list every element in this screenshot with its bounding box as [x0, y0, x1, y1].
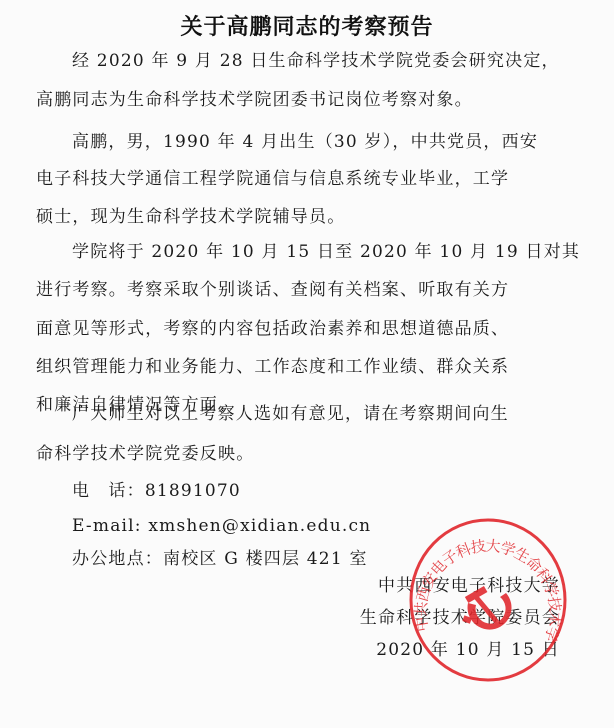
paragraph-1-line-2: 高鹏同志为生命科学技术学院团委书记岗位考察对象。	[36, 89, 473, 111]
paragraph-3-line-4: 组织管理能力和业务能力、工作态度和工作业绩、群众关系	[36, 356, 509, 378]
hammer-sickle-icon	[462, 586, 511, 630]
seal-icon: 中共西安电子科技大学生命科学技术学院委员会	[408, 517, 568, 683]
phone-number: 81891070	[145, 481, 241, 501]
contact-phone: 电 话：81891070	[72, 480, 241, 502]
contact-email: E-mail: xmshen@xidian.edu.cn	[72, 515, 371, 537]
document-title: 关于高鹏同志的考察预告	[0, 10, 614, 41]
paragraph-2-line-3: 硕士，现为生命科学技术学院辅导员。	[36, 206, 345, 228]
paragraph-3-line-1: 学院将于 2020 年 10 月 15 日至 2020 年 10 月 19 日对…	[72, 241, 580, 263]
office-location: 南校区 G 楼四层 421 室	[163, 549, 368, 569]
paragraph-2-line-2: 电子科技大学通信工程学院通信与信息系统专业毕业，工学	[36, 168, 509, 190]
document-page: 关于高鹏同志的考察预告 经 2020 年 9 月 28 日生命科学技术学院党委会…	[0, 0, 614, 728]
email-label: E-mail:	[72, 516, 148, 536]
office-label: 办公地点：	[72, 549, 163, 569]
paragraph-4-line-2: 命科学技术学院党委反映。	[36, 443, 254, 465]
paragraph-3-line-2: 进行考察。考察采取个别谈话、查阅有关档案、听取有关方	[36, 279, 509, 301]
paragraph-1-line-1: 经 2020 年 9 月 28 日生命科学技术学院党委会研究决定，	[72, 50, 560, 72]
email-address: xmshen@xidian.edu.cn	[148, 516, 371, 536]
official-seal: 中共西安电子科技大学生命科学技术学院委员会	[408, 517, 568, 683]
paragraph-2-line-1: 高鹏，男，1990 年 4 月出生（30 岁），中共党员，西安	[72, 131, 538, 153]
paragraph-3-line-3: 面意见等形式，考察的内容包括政治素养和思想道德品质、	[36, 318, 509, 340]
paragraph-4-line-1: 广大师生对以上考察人选如有意见，请在考察期间向生	[72, 403, 509, 425]
phone-label: 电 话：	[72, 481, 145, 501]
contact-office: 办公地点：南校区 G 楼四层 421 室	[72, 548, 368, 570]
